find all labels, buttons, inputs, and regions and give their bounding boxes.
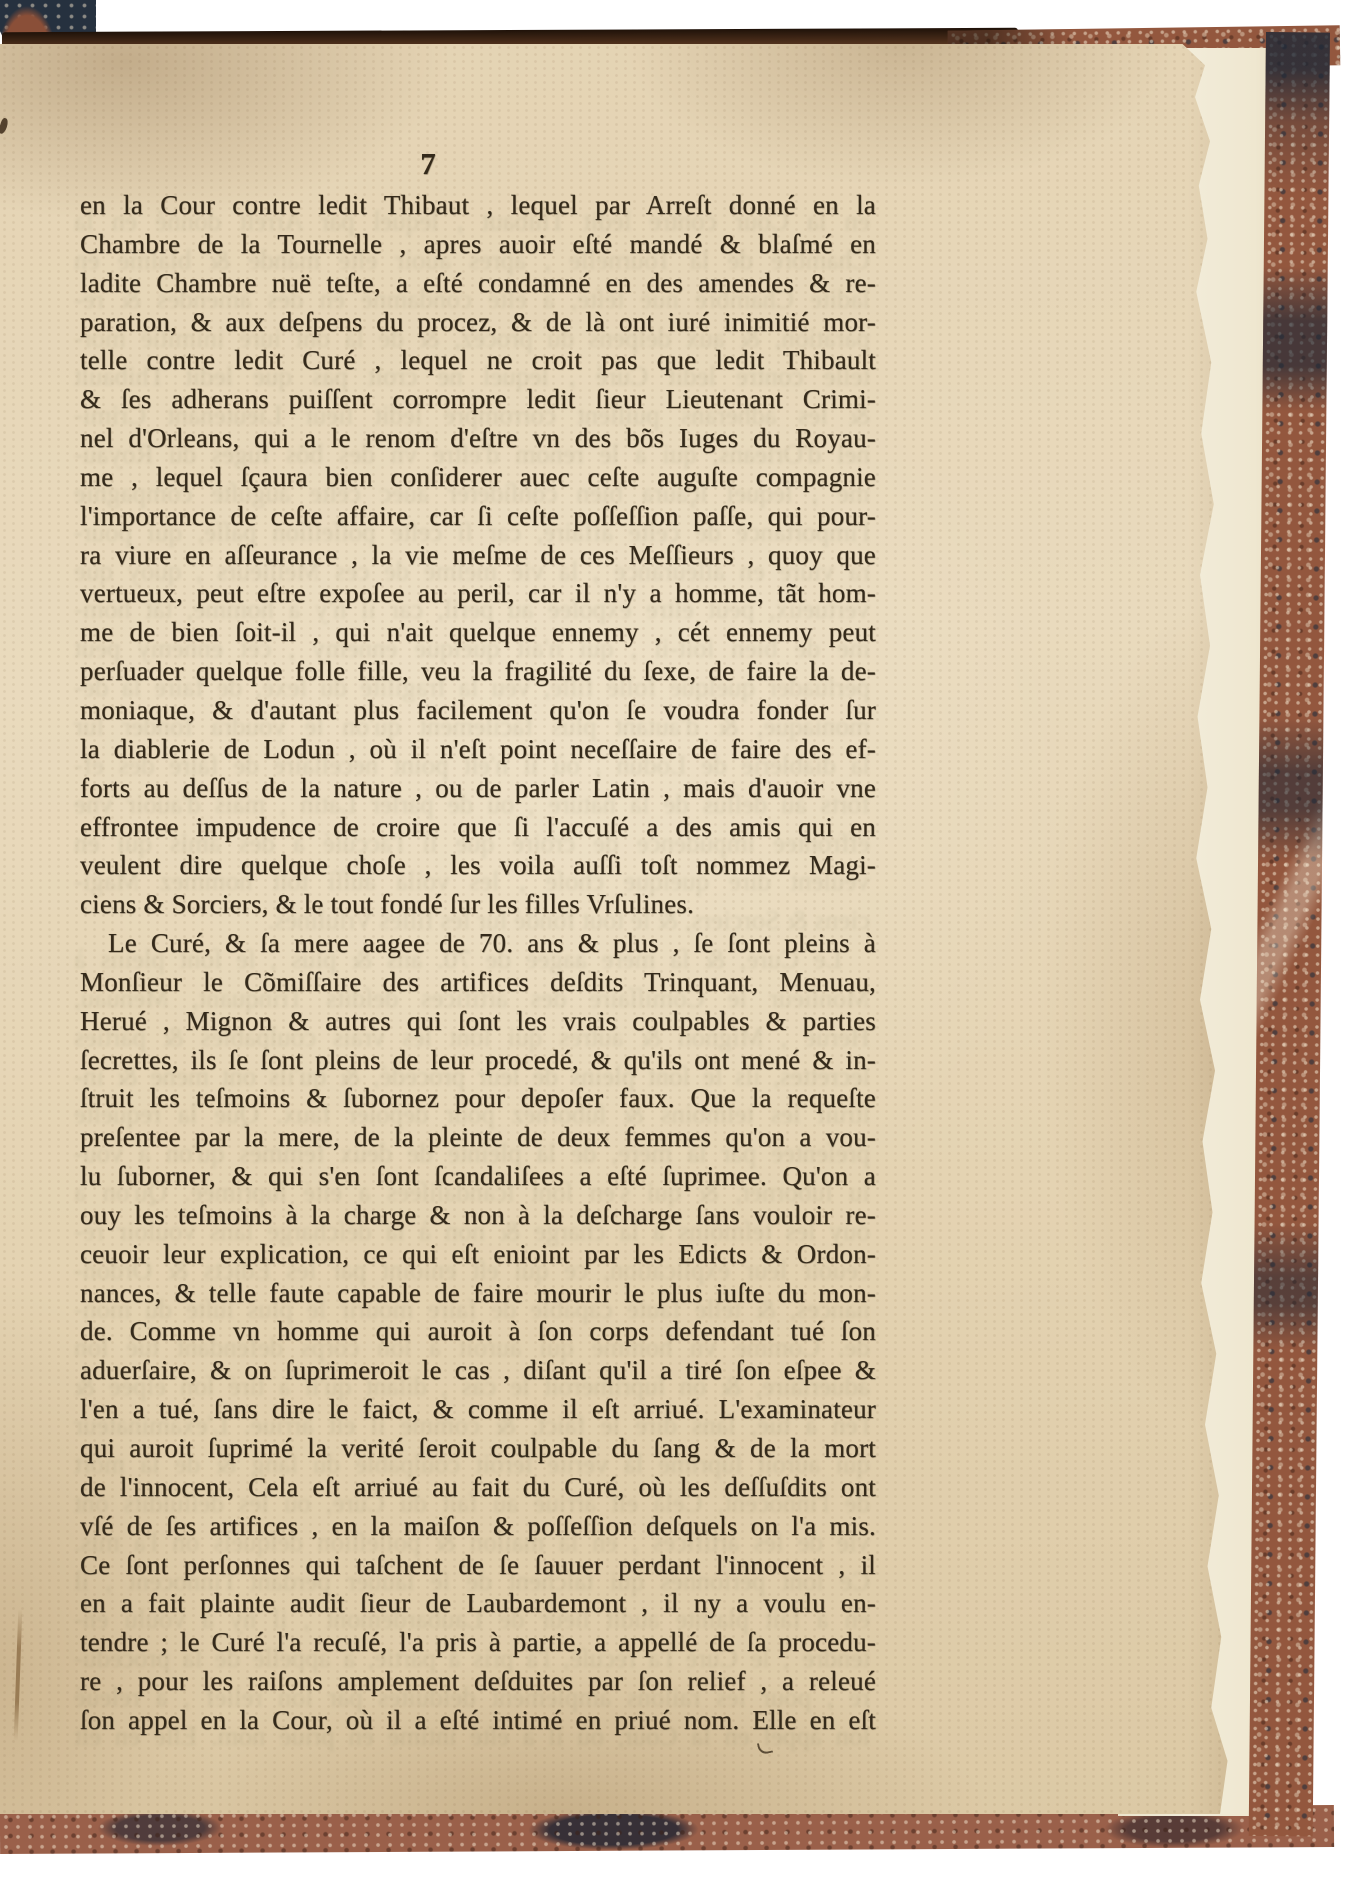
text-line: me de bien ſoit-il , qui n'ait quelque e… [80, 613, 876, 652]
text-line: paration, & aux deſpens du procez, & de … [80, 303, 876, 342]
text-line: ſon appel en la Cour, où il a eſté intim… [80, 1701, 876, 1740]
text-line: ra viure en aſſeurance , la vie meſme de… [80, 536, 876, 575]
text-line: ſecrettes, ils ſe ſont pleins de leur pr… [80, 1041, 876, 1080]
book-photo: 7 en la Cour contre ledit Thibaut , lequ… [0, 0, 1358, 1890]
text-line: effrontee impudence de croire que ſi l'a… [80, 808, 876, 847]
text-line: en la Cour contre ledit Thibaut , lequel… [80, 186, 876, 225]
text-line: de l'innocent, Cela eſt arriué au fait d… [80, 1468, 876, 1507]
text-line: tendre ; le Curé l'a recuſé, l'a pris à … [80, 1623, 876, 1662]
text-line: vertueux, peut eſtre expoſee au peril, c… [80, 574, 876, 613]
text-line: re , pour les raiſons amplement deſduite… [80, 1662, 876, 1701]
text-line: Monſieur le Cõmiſſaire des artifices deſ… [80, 963, 876, 1002]
text-line: l'en a tué, ſans dire le faict, & comme … [80, 1390, 876, 1429]
text-line: moniaque, & d'autant plus facilement qu'… [80, 691, 876, 730]
ink-fleck [0, 117, 9, 134]
text-line: l'importance de ceſte affaire, car ſi ce… [80, 497, 876, 536]
text-line: Ce ſont perſonnes qui taſchent de ſe ſau… [80, 1546, 876, 1585]
text-line: Herué , Mignon & autres qui ſont les vra… [80, 1002, 876, 1041]
text-line: veulent dire quelque choſe , les voila a… [80, 846, 876, 885]
text-line: ciens & Sorciers, & le tout fondé ſur le… [80, 885, 876, 924]
text-line: Chambre de la Tournelle , apres auoir eſ… [80, 225, 876, 264]
text-line: qui auroit ſuprimé la verité ſeroit coul… [80, 1429, 876, 1468]
page-number: 7 [404, 146, 452, 182]
text-line: forts au deſſus de la nature , ou de par… [80, 769, 876, 808]
text-line: telle contre ledit Curé , lequel ne croi… [80, 341, 876, 380]
text-column: en la Cour contre ledit Thibaut , lequel… [80, 186, 876, 1740]
text-line: preſentee par la mere, de la pleinte de … [80, 1118, 876, 1157]
text-line: Le Curé, & ſa mere aagee de 70. ans & pl… [80, 924, 876, 963]
text-line: aduerſaire, & on ſuprimeroit le cas , di… [80, 1351, 876, 1390]
text-line: lu ſuborner, & qui s'en ſont ſcandaliſee… [80, 1157, 876, 1196]
text-line: nances, & telle faute capable de faire m… [80, 1274, 876, 1313]
text-line: vſé de ſes artifices , en la maiſon & po… [80, 1507, 876, 1546]
text-line: nel d'Orleans, qui a le renom d'eſtre vn… [80, 419, 876, 458]
paper-crease [14, 1609, 23, 1741]
text-line: la diablerie de Lodun , où il n'eſt poin… [80, 730, 876, 769]
text-line: me , lequel ſçaura bien conſiderer auec … [80, 458, 876, 497]
text-line: en a fait plainte audit ſieur de Laubard… [80, 1584, 876, 1623]
text-line: ſtruit les teſmoins & ſubornez pour depo… [80, 1079, 876, 1118]
text-line: de. Comme vn homme qui auroit à ſon corp… [80, 1312, 876, 1351]
text-line: ladite Chambre nuë teſte, a eſté condamn… [80, 264, 876, 303]
text-line: perſuader quelque folle fille, veu la fr… [80, 652, 876, 691]
book-page: 7 en la Cour contre ledit Thibaut , lequ… [0, 44, 1250, 1814]
text-line: & ſes adherans puiſſent corrompre ledit … [80, 380, 876, 419]
text-line: ouy les teſmoins à la charge & non à la … [80, 1196, 876, 1235]
text-line: ceuoir leur explication, ce qui eſt enio… [80, 1235, 876, 1274]
